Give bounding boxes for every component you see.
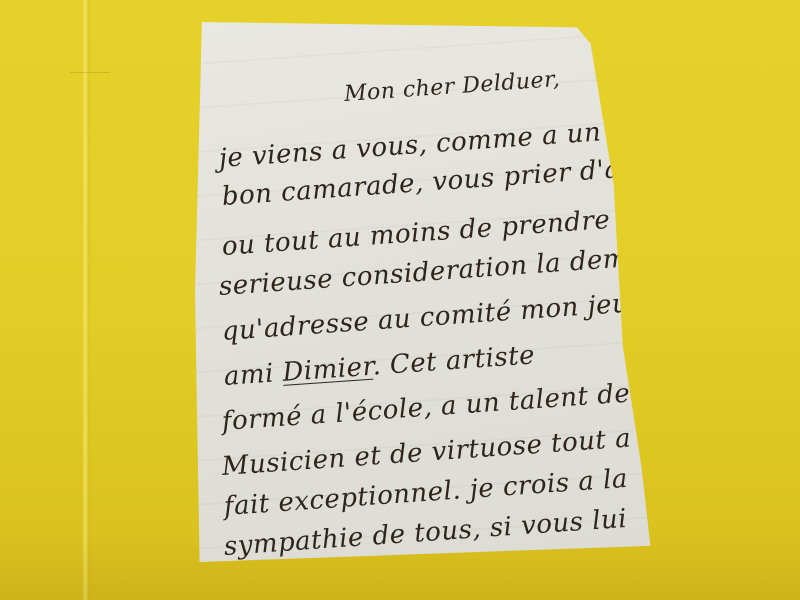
salutation: Mon cher Delduer, <box>343 67 561 107</box>
letter-line-6: ami Dimier. Cet artiste <box>223 340 536 392</box>
letter-body: Mon cher Delduer, je viens a vous, comme… <box>195 22 655 562</box>
line-6-text: ami <box>223 358 284 392</box>
line-6-rest: . Cet artiste <box>371 340 536 381</box>
folder-crease <box>82 0 92 600</box>
handwritten-letter: Mon cher Delduer, je viens a vous, comme… <box>195 22 655 562</box>
folder-crease-mark <box>70 72 110 73</box>
underlined-name-dimier: Dimier <box>282 352 374 388</box>
